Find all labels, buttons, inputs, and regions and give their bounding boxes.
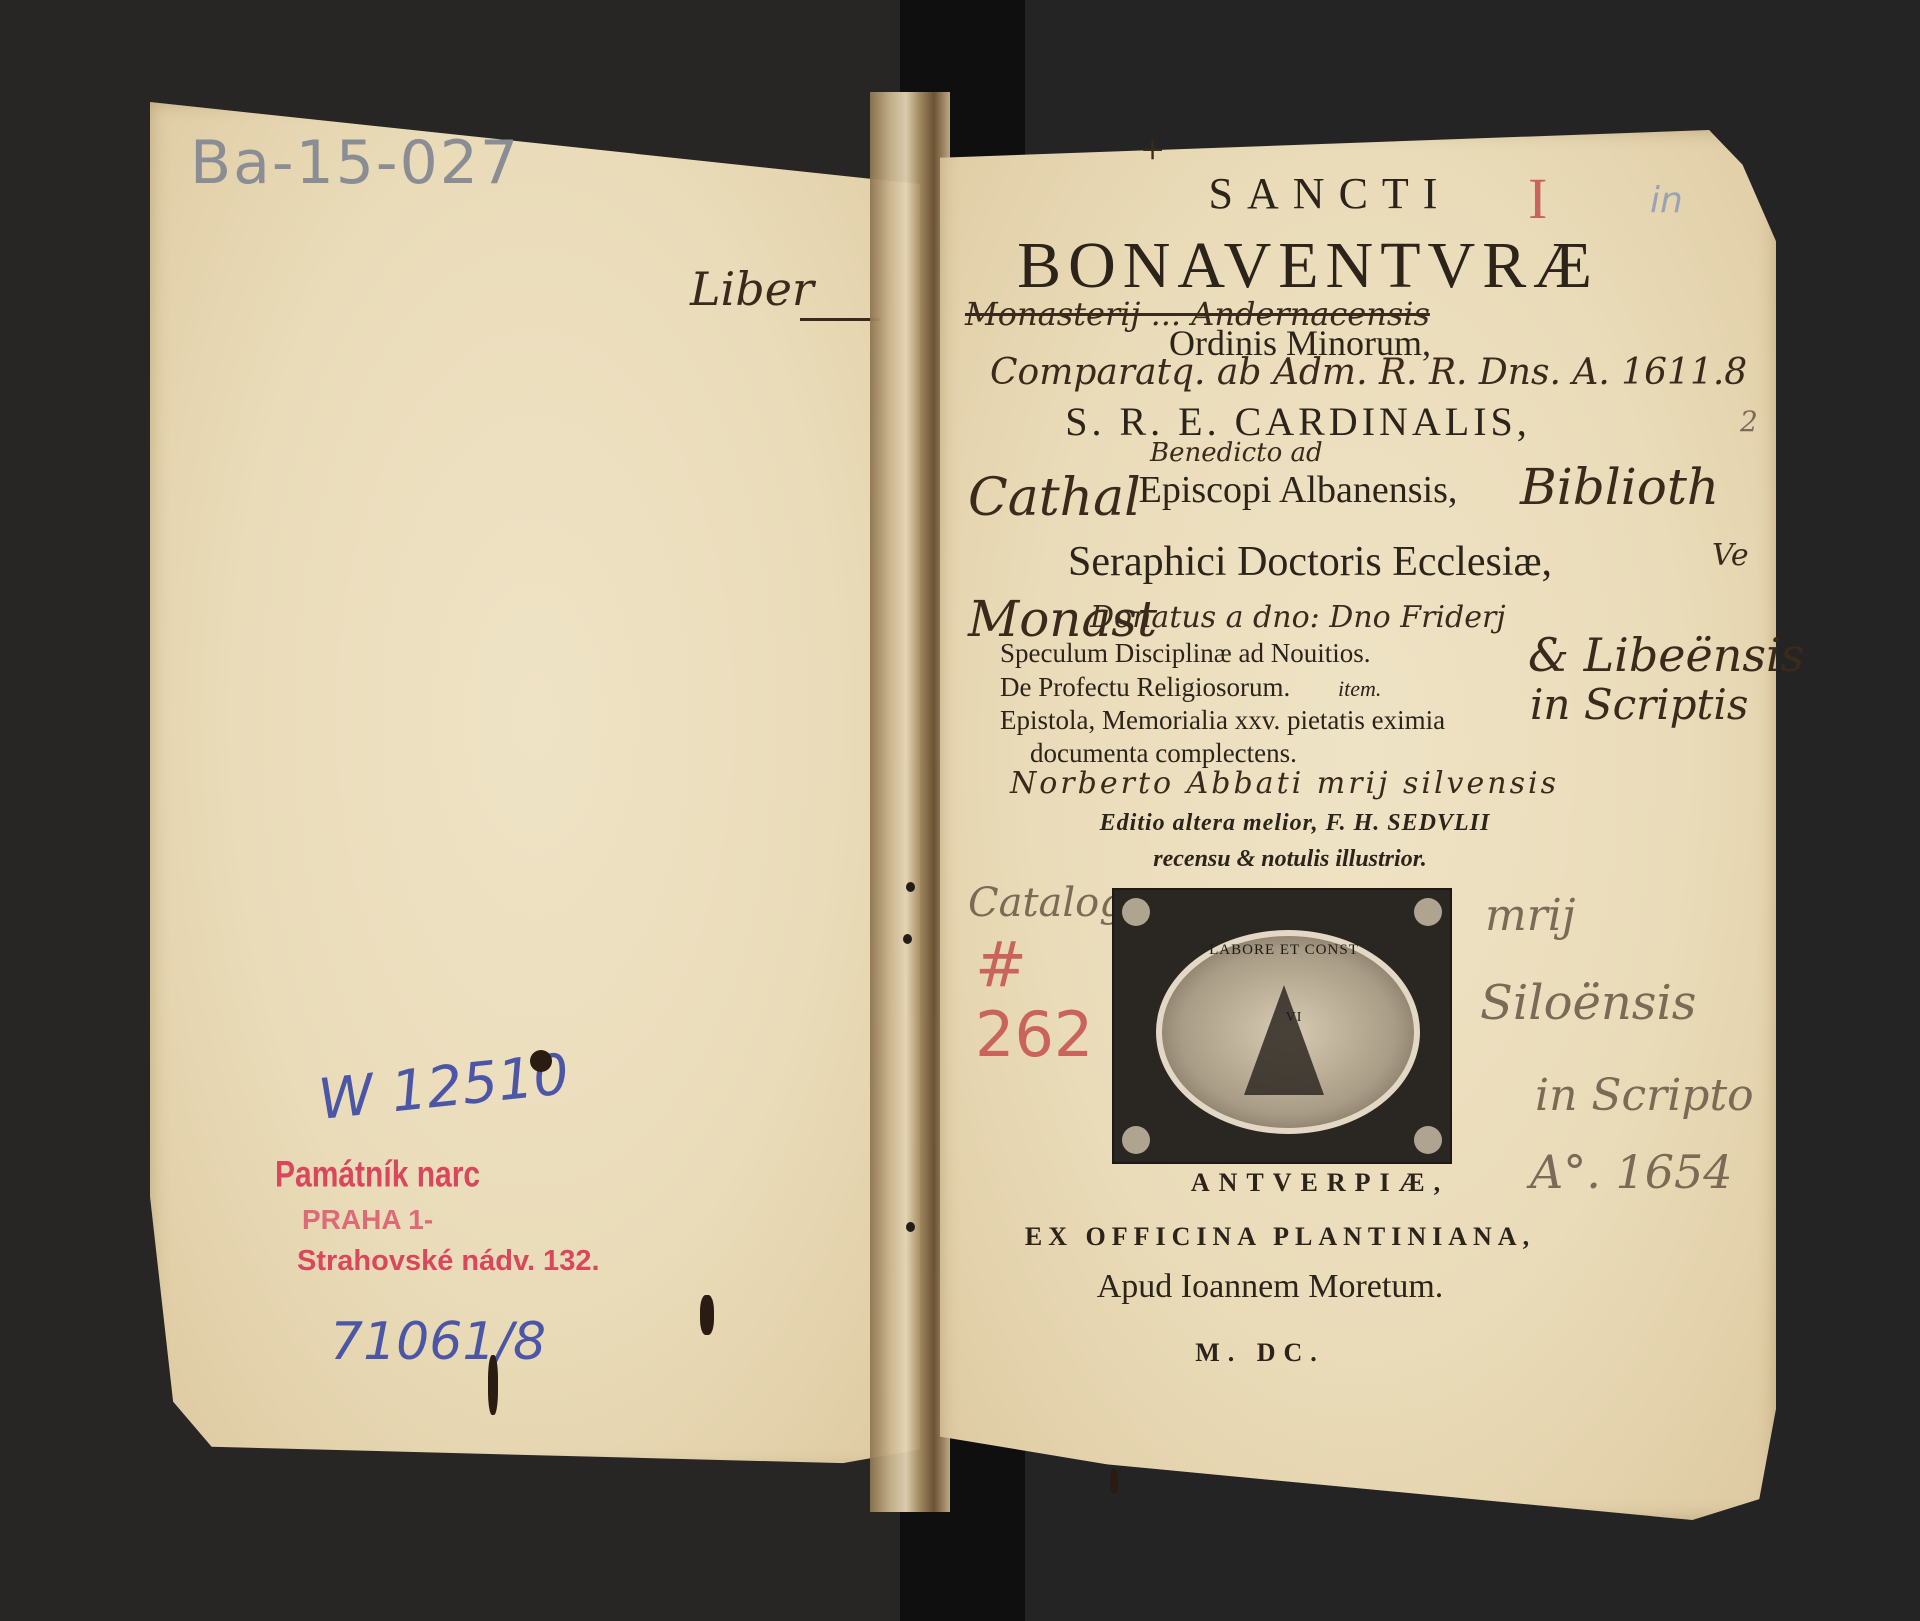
provenance-ve: Ve	[1712, 538, 1749, 573]
margin-note-two: 2	[1740, 405, 1758, 438]
emblem-motto-2: VI	[1264, 1010, 1324, 1026]
cross-mark: +	[1140, 132, 1165, 167]
margin-note-siloensis: Siloënsis	[1480, 975, 1696, 1031]
contents-epistola: Epistola, Memorialia xxv. pietatis eximi…	[1000, 705, 1500, 736]
imprint-officina: EX OFFICINA PLANTINIANA,	[970, 1222, 1590, 1252]
contents-item: item.	[1338, 676, 1398, 702]
library-stamp-line2: PRAHA 1-	[302, 1204, 433, 1236]
worm-hole	[903, 934, 912, 944]
imprint-antverpiae: ANTVERPIÆ,	[1110, 1168, 1530, 1198]
pencil-mark: in	[1650, 180, 1683, 221]
compass-icon	[1244, 985, 1324, 1095]
contents-speculum: Speculum Disciplinæ ad Nouitios.	[1000, 638, 1480, 669]
ink-blot	[1110, 1468, 1118, 1494]
imprint-date: M. DC.	[1150, 1338, 1370, 1368]
margin-note-in-scripto: in Scripto	[1535, 1070, 1754, 1121]
liber-inscription: Liber	[690, 262, 814, 316]
ornament	[1414, 1126, 1442, 1154]
contents-de-profectu: De Profectu Religiosorum.	[1000, 672, 1360, 703]
edition-recensu: recensu & notulis illustrior.	[1100, 846, 1480, 873]
title-bonaventurae: BONAVENTVRÆ	[998, 228, 1618, 304]
provenance-benedicto: Benedicto ad	[1150, 438, 1323, 468]
provenance-biblioth: Biblioth	[1520, 458, 1719, 516]
imprint-apud: Apud Ioannem Moretum.	[1060, 1268, 1480, 1306]
library-stamp-line3: Strahovské nádv. 132.	[297, 1245, 600, 1278]
ornament	[1414, 898, 1442, 926]
provenance-donatus: Donatus a dno: Dno Friderj	[1090, 600, 1506, 635]
ink-blot	[488, 1355, 498, 1415]
provenance-catalog: Catalog	[968, 880, 1125, 926]
blue-inventory-number: 71061/8	[330, 1312, 546, 1372]
provenance-norberto: Norberto Abbati mrij silvensis	[1010, 766, 1559, 801]
margin-note-mrij: mrij	[1485, 890, 1575, 941]
library-stamp-line1: Památník narc	[275, 1154, 480, 1197]
provenance-in-scriptis: in Scriptis	[1530, 680, 1748, 729]
title-episcopi: Episcopi Albanensis,	[1078, 468, 1518, 512]
worm-hole	[906, 1222, 915, 1232]
pencil-shelfmark: Ba-15-027	[190, 128, 520, 198]
contents-documenta: documenta complectens.	[1030, 738, 1390, 769]
ink-blot	[700, 1295, 714, 1335]
provenance-et-liboensis: & Libeënsis	[1528, 628, 1804, 682]
ornament	[1122, 898, 1150, 926]
emblem-motto: LABORE ET CONST	[1174, 942, 1394, 959]
provenance-comparatus: Comparatq. ab Adm. R. R. Dns. A. 1611.8	[990, 352, 1747, 393]
book-spine	[870, 92, 950, 1512]
ornament	[1122, 1126, 1150, 1154]
edition-line: Editio altera melior, F. H. SEDVLII	[1010, 810, 1580, 837]
title-sancti: SANCTI	[1100, 168, 1560, 219]
red-catalog-number: # 262	[975, 930, 1115, 1070]
margin-note-year: A°. 1654	[1530, 1145, 1733, 1199]
ink-blot	[530, 1050, 552, 1072]
title-seraphici: Seraphici Doctoris Ecclesiæ,	[1010, 538, 1610, 586]
liber-flourish	[800, 318, 880, 321]
printer-mark-emblem: LABORE ET CONST VI	[1112, 888, 1452, 1164]
worm-hole	[906, 882, 915, 892]
